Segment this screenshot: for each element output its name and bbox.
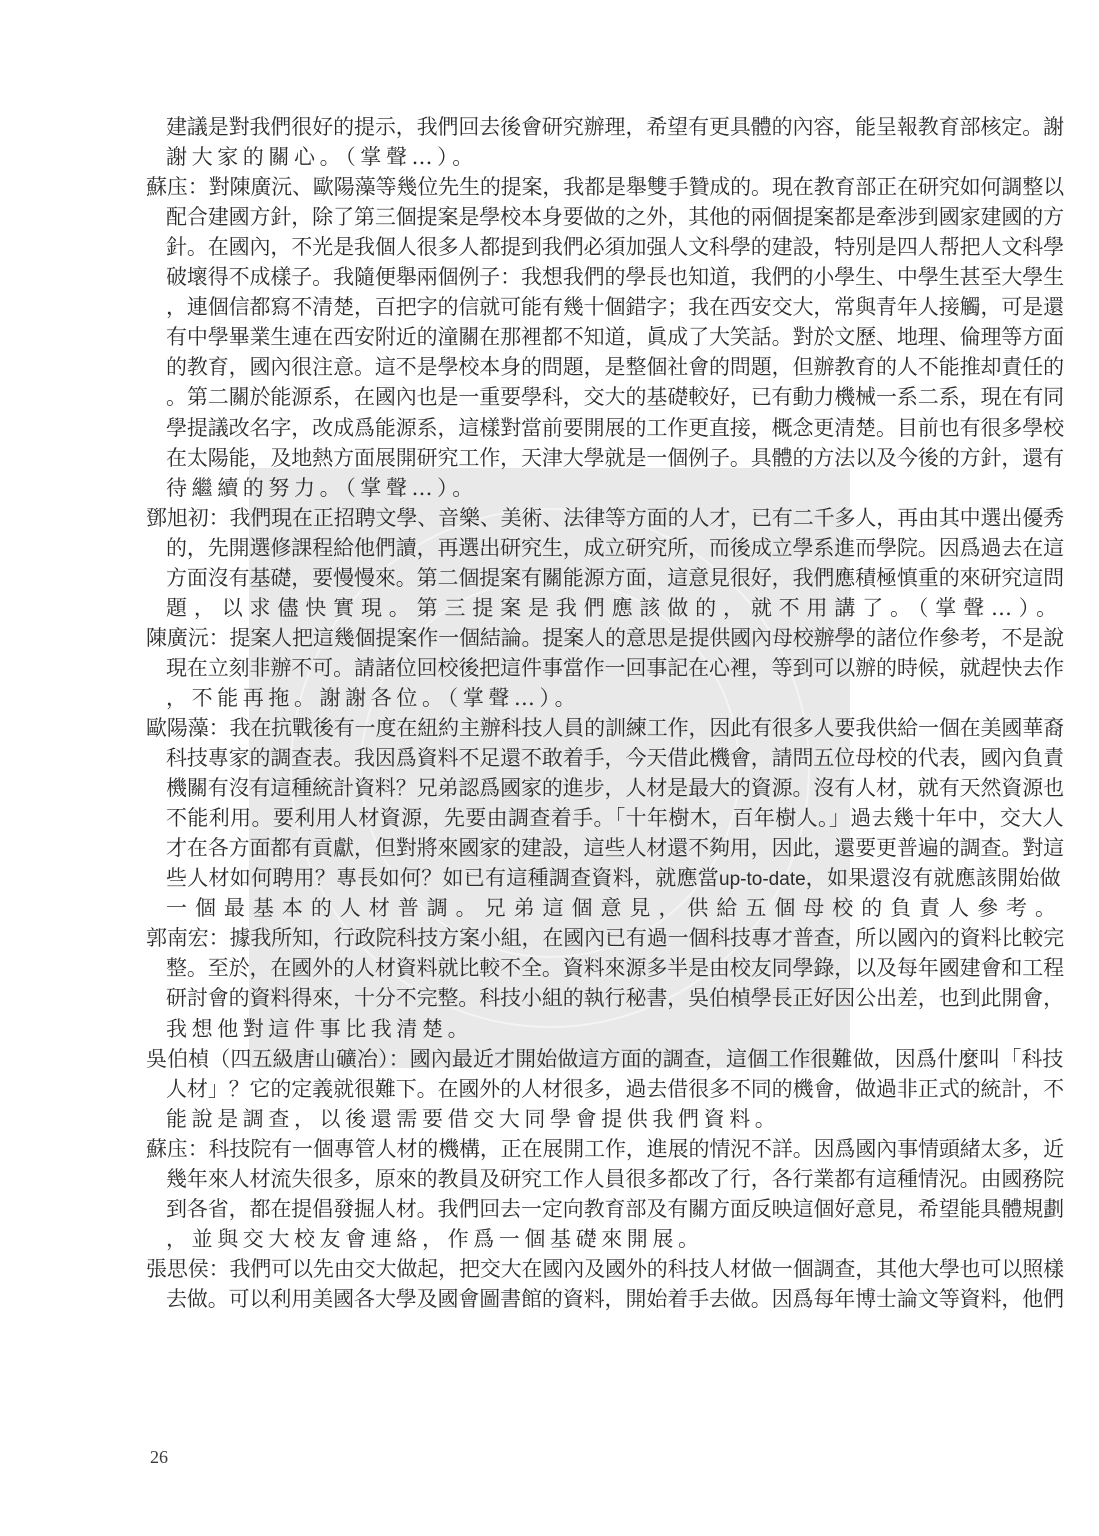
line-text: 不能利用。要利用人材資源，先要由調查着手。「十年樹木，百年樹人。」過去幾十年中，…	[166, 806, 1064, 830]
text-line: 一個最基本的人材普調。兄弟這個意見，供給五個母校的負責人參考。	[166, 893, 1064, 923]
line-text: 吳伯楨（四五級唐山礦冶）：國內最近才開始做這方面的調查，這個工作很難做，因爲什麼…	[146, 1047, 1064, 1071]
line-text: 方面沒有基礎，要慢慢來。第二個提案有關能源方面，這意見很好，我們應積極慎重的來研…	[166, 566, 1064, 590]
text-line: 整。至於，在國外的人材資料就比較不全。資料來源多半是由校友同學錄，以及每年國建會…	[166, 953, 1064, 983]
line-text: 在太陽能，及地熱方面展開研究工作，天津大學就是一個例子。具體的方法以及今後的方針…	[166, 446, 1064, 470]
line-text: 的教育，國內很注意。這不是學校本身的問題，是整個社會的問題，但辦教育的人不能推却…	[166, 355, 1064, 379]
line-text: 針。在國內，不光是我個人很多人都提到我們必須加强人文科學的建設，特別是四人帮把人…	[166, 235, 1064, 259]
line-text: 鄧旭初：我們現在正招聘文學、音樂、美術、法律等方面的人才，已有二千多人，再由其中…	[146, 506, 1064, 530]
line-text: 才在各方面都有貢獻，但對將來國家的建設，這些人材還不夠用，因此，還要更普遍的調查…	[166, 836, 1064, 860]
text-line: 能說是調查，以後還需要借交大同學會提供我們資料。	[166, 1104, 780, 1134]
speaker-line: 蘇庒：科技院有一個專管人材的機構，正在展開工作，進展的情況不詳。因爲國內事情頭緒…	[146, 1134, 1064, 1164]
speaker-line: 張思侯：我們可以先由交大做起，把交大在國內及國外的科技人材做一個調查，其他大學也…	[146, 1254, 1064, 1284]
line-text: 到各省，都在提倡發掘人材。我們回去一定向教育部及有關方面反映這個好意見，希望能具…	[166, 1197, 1064, 1221]
text-line: 才在各方面都有貢獻，但對將來國家的建設，這些人材還不夠用，因此，還要更普遍的調查…	[166, 833, 1064, 863]
line-text: 郭南宏：據我所知，行政院科技方案小組，在國內已有過一個科技專才普查，所以國內的資…	[146, 926, 1064, 950]
text-line: 的教育，國內很注意。這不是學校本身的問題，是整個社會的問題，但辦教育的人不能推却…	[166, 352, 1064, 382]
line-text: 人材」？它的定義就很難下。在國外的人材很多，過去借很多不同的機會，做過非正式的統…	[166, 1077, 1064, 1101]
speaker-line: 吳伯楨（四五級唐山礦冶）：國內最近才開始做這方面的調查，這個工作很難做，因爲什麼…	[146, 1044, 1064, 1074]
line-text: 題，以求儘快實現。第三提案是我們應該做的，就不用講了。（掌聲…）。	[166, 596, 1064, 620]
speaker-line: 歐陽藻：我在抗戰後有一度在紐約主辦科技人員的訓練工作，因此有很多人要我供給一個在…	[146, 713, 1064, 743]
text-line: 謝大家的關心。（掌聲…）。	[166, 142, 478, 172]
text-line: 題，以求儘快實現。第三提案是我們應該做的，就不用講了。（掌聲…）。	[166, 593, 1064, 623]
text-line: 些人材如何聘用？專長如何？如已有這種調查資料，就應當up-to-date，如果還…	[166, 863, 1061, 893]
text-line: 現在立刻非辦不可。請諸位回校後把這件事當作一回事記在心裡，等到可以辦的時候，就趕…	[166, 653, 1064, 683]
line-text: 學提議改名字，改成爲能源系，這樣對當前要開展的工作更直接，概念更清楚。目前也有很…	[166, 416, 1064, 440]
text-line: 建議是對我們很好的提示，我們回去後會研究辦理，希望有更具體的內容，能呈報教育部核…	[166, 112, 1064, 142]
text-line: 配合建國方針，除了第三個提案是學校本身要做的之外，其他的兩個提案都是牽涉到國家建…	[166, 202, 1064, 232]
line-text: ，不能再拖。謝謝各位。（掌聲…）。	[166, 686, 580, 710]
speaker-line: 郭南宏：據我所知，行政院科技方案小組，在國內已有過一個科技專才普查，所以國內的資…	[146, 923, 1064, 953]
text-line: 我想他對這件事比我清楚。	[166, 1014, 473, 1044]
line-text: 有中學畢業生連在西安附近的潼關在那裡都不知道，眞成了大笑話。對於文歷、地理、倫理…	[166, 325, 1064, 349]
text-line: ，連個信都寫不清楚，百把字的信就可能有幾十個錯字；我在西安交大，常與青年人接觸，…	[166, 292, 1064, 322]
line-text: 張思侯：我們可以先由交大做起，把交大在國內及國外的科技人材做一個調查，其他大學也…	[146, 1257, 1064, 1281]
line-text: 謝大家的關心。（掌聲…）。	[166, 145, 478, 169]
line-text: ，連個信都寫不清楚，百把字的信就可能有幾十個錯字；我在西安交大，常與青年人接觸，…	[166, 295, 1064, 319]
line-text: 破壞得不成樣子。我隨便舉兩個例子：我想我們的學長也知道，我們的小學生、中學生甚至…	[166, 265, 1064, 289]
line-text: 幾年來人材流失很多，原來的教員及研究工作人員很多都改了行，各行業都有這種情況。由…	[166, 1167, 1064, 1191]
line-text: 一個最基本的人材普調。兄弟這個意見，供給五個母校的負責人參考。	[166, 896, 1064, 920]
text-line: 研討會的資料得來，十分不完整。科技小組的執行秘書，吳伯楨學長正好因公出差，也到此…	[166, 983, 1064, 1013]
line-text: 歐陽藻：我在抗戰後有一度在紐約主辦科技人員的訓練工作，因此有很多人要我供給一個在…	[146, 716, 1064, 740]
text-line: 機關有沒有這種統計資料？兄弟認爲國家的進步，人材是最大的資源。沒有人材，就有天然…	[166, 773, 1064, 803]
line-text: 待繼續的努力。（掌聲…）。	[166, 476, 478, 500]
speaker-line: 鄧旭初：我們現在正招聘文學、音樂、美術、法律等方面的人才，已有二千多人，再由其中…	[146, 503, 1064, 533]
text-line: 去做。可以利用美國各大學及國會圖書館的資料，開始着手去做。因爲每年博士論文等資料…	[166, 1284, 1064, 1314]
line-text: 的，先開選修課程給他們讀，再選出研究生，成立研究所，而後成立學系進而學院。因爲過…	[166, 536, 1064, 560]
line-text: 建議是對我們很好的提示，我們回去後會研究辦理，希望有更具體的內容，能呈報教育部核…	[166, 115, 1064, 139]
line-text: ，並與交大校友會連絡，作爲一個基礎來開展。	[166, 1227, 704, 1251]
line-text: 陳廣沅：提案人把這幾個提案作一個結論。提案人的意思是提供國內母校辦學的諸位作參考…	[146, 626, 1064, 650]
text-line: 方面沒有基礎，要慢慢來。第二個提案有關能源方面，這意見很好，我們應積極慎重的來研…	[166, 563, 1064, 593]
page-number: 26	[150, 1447, 168, 1468]
text-line: 。第二關於能源系，在國內也是一重要學科，交大的基礎較好，已有動力機械一系二系，現…	[166, 382, 1064, 412]
line-text: 去做。可以利用美國各大學及國會圖書館的資料，開始着手去做。因爲每年博士論文等資料…	[166, 1287, 1064, 1311]
text-line: 在太陽能，及地熱方面展開研究工作，天津大學就是一個例子。具體的方法以及今後的方針…	[166, 443, 1064, 473]
text-line: 人材」？它的定義就很難下。在國外的人材很多，過去借很多不同的機會，做過非正式的統…	[166, 1074, 1064, 1104]
line-text: 現在立刻非辦不可。請諸位回校後把這件事當作一回事記在心裡，等到可以辦的時候，就趕…	[166, 656, 1064, 680]
line-text: 。第二關於能源系，在國內也是一重要學科，交大的基礎較好，已有動力機械一系二系，現…	[166, 385, 1064, 409]
line-text: 能說是調查，以後還需要借交大同學會提供我們資料。	[166, 1107, 780, 1131]
line-text: 研討會的資料得來，十分不完整。科技小組的執行秘書，吳伯楨學長正好因公出差，也到此…	[166, 986, 1064, 1010]
line-text: 我想他對這件事比我清楚。	[166, 1017, 473, 1041]
speaker-line: 陳廣沅：提案人把這幾個提案作一個結論。提案人的意思是提供國內母校辦學的諸位作參考…	[146, 623, 1064, 653]
text-line: 的，先開選修課程給他們讀，再選出研究生，成立研究所，而後成立學系進而學院。因爲過…	[166, 533, 1064, 563]
text-line: 不能利用。要利用人材資源，先要由調查着手。「十年樹木，百年樹人。」過去幾十年中，…	[166, 803, 1064, 833]
text-line: 有中學畢業生連在西安附近的潼關在那裡都不知道，眞成了大笑話。對於文歷、地理、倫理…	[166, 322, 1064, 352]
text-line: 待繼續的努力。（掌聲…）。	[166, 473, 478, 503]
line-text-tail: ，如果還沒有就應該開始做	[806, 866, 1061, 890]
latin-term: up-to-date	[719, 869, 806, 890]
text-line: ，並與交大校友會連絡，作爲一個基礎來開展。	[166, 1224, 704, 1254]
line-text: 整。至於，在國外的人材資料就比較不全。資料來源多半是由校友同學錄，以及每年國建會…	[166, 956, 1064, 980]
line-text: 蘇庒：對陳廣沅、歐陽藻等幾位先生的提案，我都是舉雙手贊成的。現在教育部正在研究如…	[146, 175, 1064, 199]
text-line: ，不能再拖。謝謝各位。（掌聲…）。	[166, 683, 580, 713]
text-line: 科技專家的調查表。我因爲資料不足還不敢着手，今天借此機會，請問五位母校的代表，國…	[166, 743, 1064, 773]
line-text: 配合建國方針，除了第三個提案是學校本身要做的之外，其他的兩個提案都是牽涉到國家建…	[166, 205, 1064, 229]
line-text: 些人材如何聘用？專長如何？如已有這種調查資料，就應當	[166, 866, 719, 890]
line-text: 科技專家的調查表。我因爲資料不足還不敢着手，今天借此機會，請問五位母校的代表，國…	[166, 746, 1064, 770]
text-line: 針。在國內，不光是我個人很多人都提到我們必須加强人文科學的建設，特別是四人帮把人…	[166, 232, 1064, 262]
text-line: 破壞得不成樣子。我隨便舉兩個例子：我想我們的學長也知道，我們的小學生、中學生甚至…	[166, 262, 1064, 292]
speaker-line: 蘇庒：對陳廣沅、歐陽藻等幾位先生的提案，我都是舉雙手贊成的。現在教育部正在研究如…	[146, 172, 1064, 202]
text-line: 學提議改名字，改成爲能源系，這樣對當前要開展的工作更直接，概念更清楚。目前也有很…	[166, 413, 1064, 443]
text-line: 幾年來人材流失很多，原來的教員及研究工作人員很多都改了行，各行業都有這種情況。由…	[166, 1164, 1064, 1194]
text-line: 到各省，都在提倡發掘人材。我們回去一定向教育部及有關方面反映這個好意見，希望能具…	[166, 1194, 1064, 1224]
line-text: 蘇庒：科技院有一個專管人材的機構，正在展開工作，進展的情況不詳。因爲國內事情頭緒…	[146, 1137, 1064, 1161]
line-text: 機關有沒有這種統計資料？兄弟認爲國家的進步，人材是最大的資源。沒有人材，就有天然…	[166, 776, 1064, 800]
